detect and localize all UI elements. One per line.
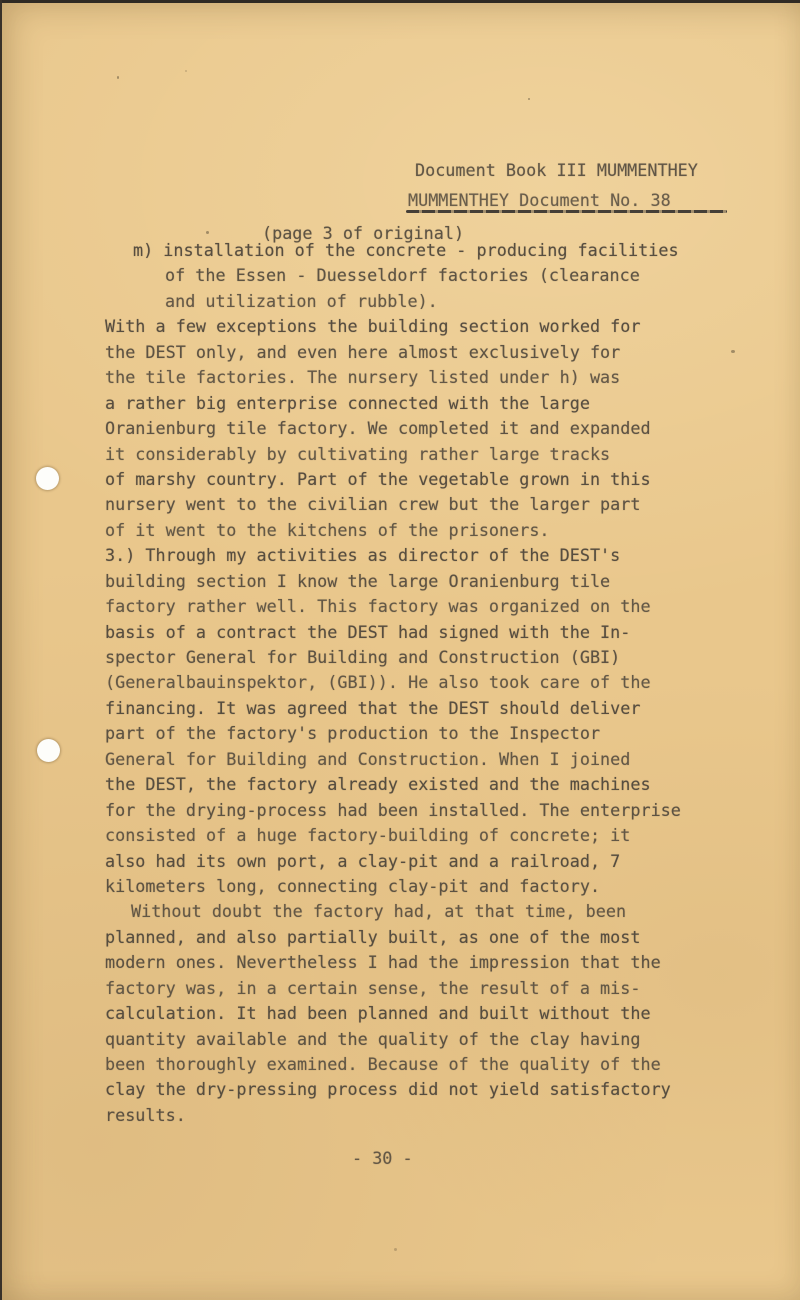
body-line: and utilization of rubble). xyxy=(105,289,765,314)
body-line: clay the dry-pressing process did not yi… xyxy=(105,1077,765,1102)
paper-speck xyxy=(528,98,530,100)
body-line: calculation. It had been planned and bui… xyxy=(105,1001,765,1026)
body-line: of marshy country. Part of the vegetable… xyxy=(105,467,765,492)
body-line: results. xyxy=(105,1103,765,1128)
body-line: the tile factories. The nursery listed u… xyxy=(105,365,765,390)
body-line: for the drying-process had been installe… xyxy=(105,798,765,823)
body-line: planned, and also partially built, as on… xyxy=(105,925,765,950)
body-line: consisted of a huge factory-building of … xyxy=(105,823,765,848)
body-line: a rather big enterprise connected with t… xyxy=(105,391,765,416)
body-line: financing. It was agreed that the DEST s… xyxy=(105,696,765,721)
scan-edge-top xyxy=(0,0,800,3)
body-line: the DEST, the factory already existed an… xyxy=(105,772,765,797)
body-line: been thoroughly examined. Because of the… xyxy=(105,1052,765,1077)
body-line: spector General for Building and Constru… xyxy=(105,645,765,670)
paper-speck xyxy=(394,1248,397,1251)
body-line: basis of a contract the DEST had signed … xyxy=(105,620,765,645)
body-line: m) installation of the concrete - produc… xyxy=(105,238,765,263)
paper-speck xyxy=(731,350,735,353)
body-line: quantity available and the quality of th… xyxy=(105,1027,765,1052)
paper-speck xyxy=(117,76,119,79)
body-line: the DEST only, and even here almost excl… xyxy=(105,340,765,365)
hole-punch-bottom xyxy=(37,739,60,762)
scan-edge-left xyxy=(0,0,2,1300)
paper-speck xyxy=(185,70,187,72)
body-line: Oranienburg tile factory. We completed i… xyxy=(105,416,765,441)
body-line: 3.) Through my activities as director of… xyxy=(105,543,765,568)
paper-speck xyxy=(206,231,209,234)
body-line: (Generalbauinspektor, (GBI)). He also to… xyxy=(105,670,765,695)
body-line: nursery went to the civilian crew but th… xyxy=(105,492,765,517)
document-header: Document Book III MUMMENTHEY MUMMENTHEY … xyxy=(408,155,698,215)
body-line: Without doubt the factory had, at that t… xyxy=(105,899,765,924)
body-line: factory was, in a certain sense, the res… xyxy=(105,976,765,1001)
hole-punch-top xyxy=(36,467,59,490)
body-line: kilometers long, connecting clay-pit and… xyxy=(105,874,765,899)
header-underline xyxy=(406,210,727,213)
body-line: With a few exceptions the building secti… xyxy=(105,314,765,339)
body-line: it considerably by cultivating rather la… xyxy=(105,442,765,467)
header-line-1: Document Book III MUMMENTHEY xyxy=(408,155,698,185)
body-line: factory rather well. This factory was or… xyxy=(105,594,765,619)
body-line: part of the factory's production to the … xyxy=(105,721,765,746)
body-line: also had its own port, a clay-pit and a … xyxy=(105,849,765,874)
body-line: of it went to the kitchens of the prison… xyxy=(105,518,765,543)
page-number: - 30 - xyxy=(352,1146,413,1171)
scanned-page: Document Book III MUMMENTHEY MUMMENTHEY … xyxy=(0,0,800,1300)
document-body: m) installation of the concrete - produc… xyxy=(105,238,765,1128)
body-line: General for Building and Construction. W… xyxy=(105,747,765,772)
body-line: building section I know the large Oranie… xyxy=(105,569,765,594)
body-line: of the Essen - Duesseldorf factories (cl… xyxy=(105,263,765,288)
body-line: modern ones. Nevertheless I had the impr… xyxy=(105,950,765,975)
